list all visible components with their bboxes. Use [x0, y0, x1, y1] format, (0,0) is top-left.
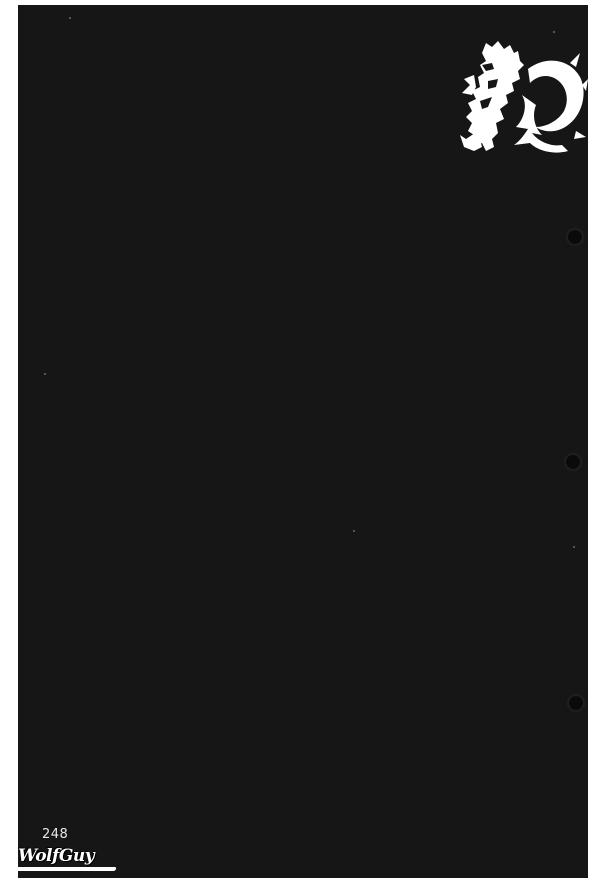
binder-hole-icon — [569, 696, 583, 710]
speck — [573, 546, 575, 548]
binder-hole-icon — [568, 230, 582, 244]
speck — [69, 17, 71, 19]
speck — [553, 31, 555, 33]
logo-underline — [15, 867, 116, 871]
binder-hole-icon — [566, 455, 580, 469]
wolfguy-logo: WolfGuy — [16, 846, 118, 878]
speck — [44, 373, 46, 375]
speck — [353, 530, 355, 532]
wolf-emblem-icon — [458, 35, 588, 165]
logo-text: WolfGuy — [18, 846, 94, 866]
page-number: 248 — [42, 827, 68, 842]
